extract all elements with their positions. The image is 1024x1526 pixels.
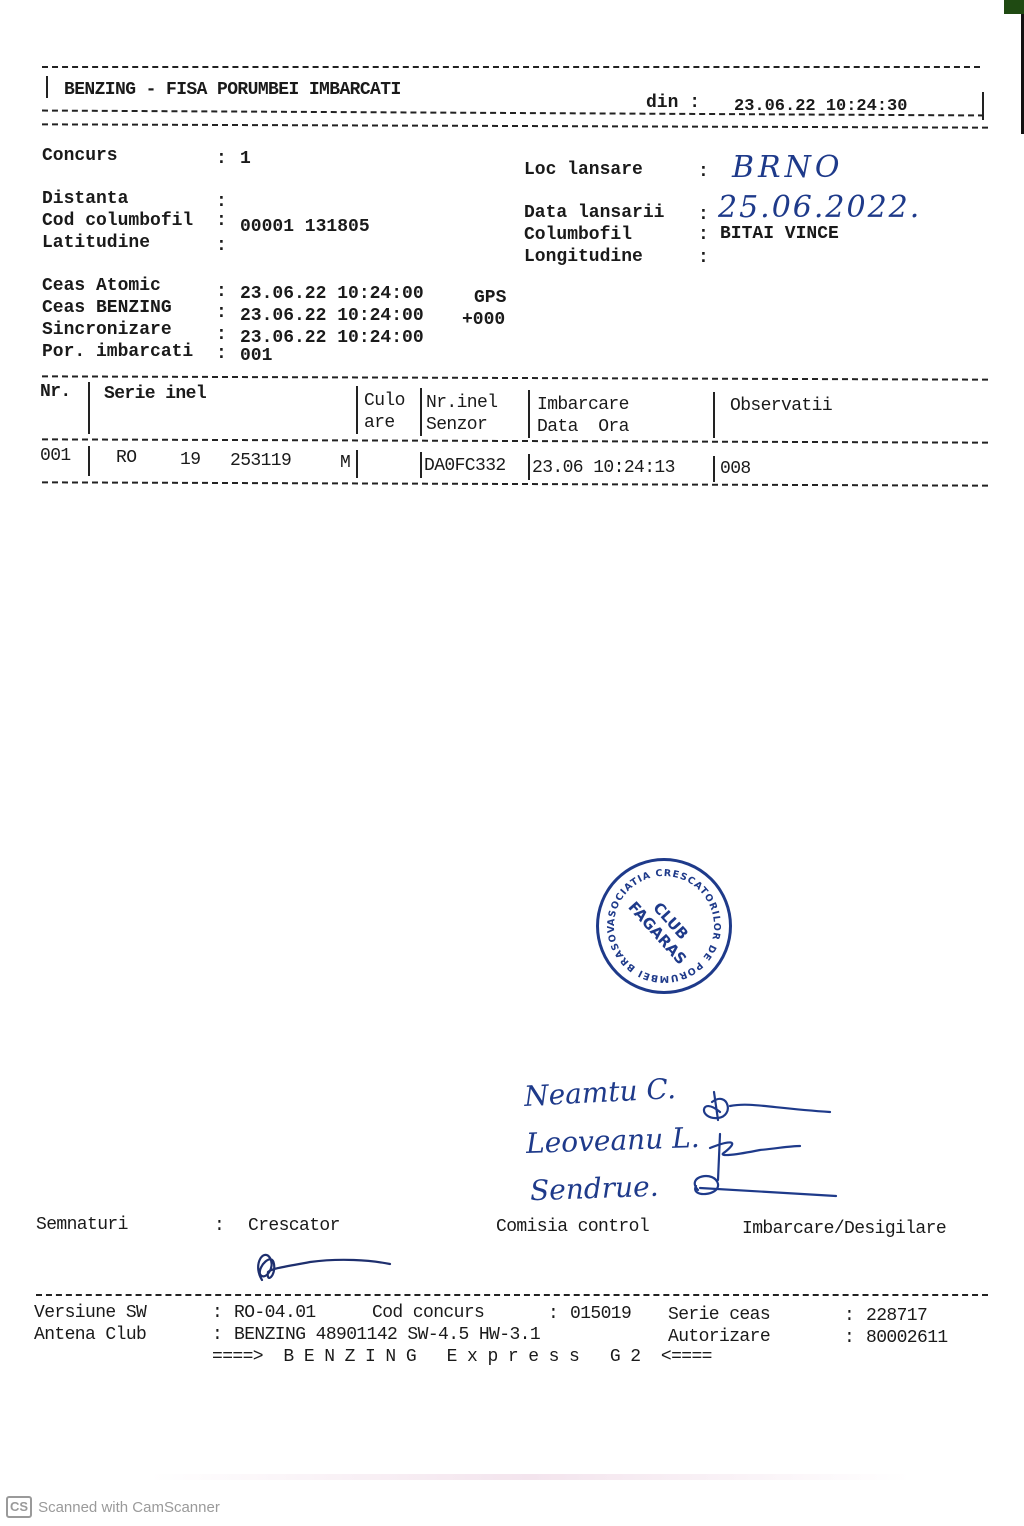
cod-concurs-label: Cod concurs: [372, 1303, 484, 1324]
comisia-control-label: Comisia control: [496, 1217, 649, 1238]
header-border-right: [982, 92, 984, 120]
header-imbarcare-1: Imbarcare: [537, 395, 629, 416]
cod-columbofil-label: Cod columbofil: [42, 211, 193, 232]
header-nr-inel-1: Nr.inel: [426, 393, 497, 414]
benzing-banner: ====> B E N Z I N G E x p r e s s G 2 <=…: [212, 1347, 712, 1368]
row-year: 19: [180, 450, 200, 471]
concurs-colon: :: [216, 149, 227, 170]
columbofil-label: Columbofil: [524, 225, 632, 246]
versiune-sw-value: RO-04.01: [234, 1303, 316, 1324]
header-culoare-1: Culo: [364, 391, 405, 412]
longitudine-colon: :: [698, 248, 709, 269]
row-sep-5: [713, 456, 715, 482]
latitudine-label: Latitudine: [42, 233, 150, 254]
table-header-divider: [42, 438, 988, 443]
sincronizare-label: Sincronizare: [42, 320, 172, 341]
row-sep-2: [356, 450, 358, 478]
col-sep-5: [713, 392, 715, 438]
cod-concurs-value: 015019: [570, 1304, 631, 1325]
autorizare-value: 80002611: [866, 1328, 948, 1349]
table-border-bottom: [42, 481, 988, 486]
row-observatii: 008: [720, 459, 751, 480]
ceas-atomic-value: 23.06.22 10:24:00: [240, 284, 424, 305]
handwritten-commission-name-2: Leoveanu L.: [525, 1121, 700, 1160]
columbofil-value: BITAI VINCE: [720, 224, 839, 245]
latitudine-colon: :: [216, 236, 227, 257]
cod-columbofil-colon: :: [216, 211, 227, 232]
antena-club-value: BENZING 48901142 SW-4.5 HW-3.1: [234, 1325, 540, 1346]
concurs-value: 1: [240, 149, 251, 170]
antena-club-colon: :: [212, 1325, 222, 1346]
handwritten-commission-name-1: Neamtu C.: [523, 1072, 676, 1113]
table-border-top: [42, 375, 988, 380]
row-sep-1: [88, 446, 90, 476]
row-sex: M: [340, 453, 350, 474]
loc-lansare-colon: :: [698, 162, 709, 183]
header-border-bottom-2: [42, 123, 988, 128]
data-lansarii-value: 25.06.2022.: [718, 190, 921, 225]
autorizare-label: Autorizare: [668, 1327, 770, 1348]
row-nr: 001: [40, 446, 71, 467]
row-sep-3: [420, 452, 422, 478]
camscanner-watermark: CS Scanned with CamScanner: [6, 1496, 220, 1518]
semnaturi-label: Semnaturi: [36, 1215, 128, 1236]
longitudine-label: Longitudine: [524, 247, 643, 268]
concurs-label: Concurs: [42, 146, 118, 167]
cod-concurs-colon: :: [548, 1304, 558, 1325]
versiune-sw-label: Versiune SW: [34, 1303, 146, 1324]
header-observatii: Observatii: [730, 396, 832, 417]
ceas-benzing-label: Ceas BENZING: [42, 298, 172, 319]
por-imbarcati-colon: :: [216, 344, 227, 365]
camscanner-text: Scanned with CamScanner: [38, 1499, 220, 1516]
ceas-atomic-colon: :: [216, 282, 227, 303]
header-imbarcare-2: Data Ora: [537, 417, 629, 438]
cod-columbofil-value: 00001 131805: [240, 217, 370, 238]
distanta-label: Distanta: [42, 189, 128, 210]
serie-ceas-label: Serie ceas: [668, 1305, 770, 1326]
club-stamp: ASOCIATIA CRESCATORILOR DE PORUMBEI BRAS…: [596, 858, 732, 994]
camscanner-logo-icon: CS: [6, 1496, 32, 1518]
ceas-atomic-label: Ceas Atomic: [42, 276, 161, 297]
data-lansarii-label: Data lansarii: [524, 203, 664, 224]
ceas-atomic-source: GPS: [474, 288, 506, 309]
row-ring: 253119: [230, 451, 291, 472]
antena-club-label: Antena Club: [34, 1325, 146, 1346]
data-lansarii-colon: :: [698, 205, 709, 226]
distanta-colon: :: [216, 192, 227, 213]
por-imbarcati-value: 001: [240, 346, 272, 367]
imbarcare-desigilare-label: Imbarcare/Desigilare: [742, 1219, 946, 1240]
scan-edge-mark: [1004, 0, 1024, 14]
row-sep-4: [528, 454, 530, 480]
din-value: 23.06.22 10:24:30: [734, 96, 907, 117]
din-label: din :: [646, 93, 700, 114]
header-serie-inel: Serie inel: [104, 384, 206, 405]
col-sep-4: [528, 390, 530, 438]
row-senzor: DA0FC332: [424, 456, 506, 477]
document-title: BENZING - FISA PORUMBEI IMBARCATI: [64, 80, 401, 101]
ceas-benzing-offset: +000: [462, 310, 505, 331]
autorizare-colon: :: [844, 1328, 854, 1349]
row-country: RO: [116, 448, 136, 469]
row-imbarcare: 23.06 10:24:13: [532, 458, 675, 479]
footer-divider: [36, 1294, 988, 1296]
ceas-benzing-value: 23.06.22 10:24:00: [240, 306, 424, 327]
semnaturi-colon: :: [214, 1216, 224, 1237]
serie-ceas-colon: :: [844, 1306, 854, 1327]
commission-signature-marks: [690, 1080, 850, 1220]
versiune-sw-colon: :: [212, 1303, 222, 1324]
columbofil-colon: :: [698, 225, 709, 246]
header-culoare-2: are: [364, 413, 395, 434]
scan-artifact: [150, 1474, 910, 1480]
ceas-benzing-colon: :: [216, 303, 227, 324]
loc-lansare-label: Loc lansare: [524, 160, 643, 181]
col-sep-3: [420, 388, 422, 436]
serie-ceas-value: 228717: [866, 1306, 927, 1327]
col-sep-2: [356, 386, 358, 434]
header-border-top: [42, 66, 980, 68]
sincronizare-colon: :: [216, 325, 227, 346]
header-nr-inel-2: Senzor: [426, 415, 487, 436]
loc-lansare-value: BRNO: [732, 150, 843, 185]
handwritten-commission-name-3: Sendrue.: [529, 1170, 659, 1207]
crescator-signature: [250, 1244, 400, 1288]
crescator-label: Crescator: [248, 1216, 340, 1237]
header-border-left: [46, 76, 48, 98]
header-nr: Nr.: [40, 382, 71, 403]
por-imbarcati-label: Por. imbarcati: [42, 342, 193, 363]
stamp-ring-text: ASOCIATIA CRESCATORILOR DE PORUMBEI BRAS…: [599, 861, 729, 991]
col-sep-1: [88, 382, 90, 434]
